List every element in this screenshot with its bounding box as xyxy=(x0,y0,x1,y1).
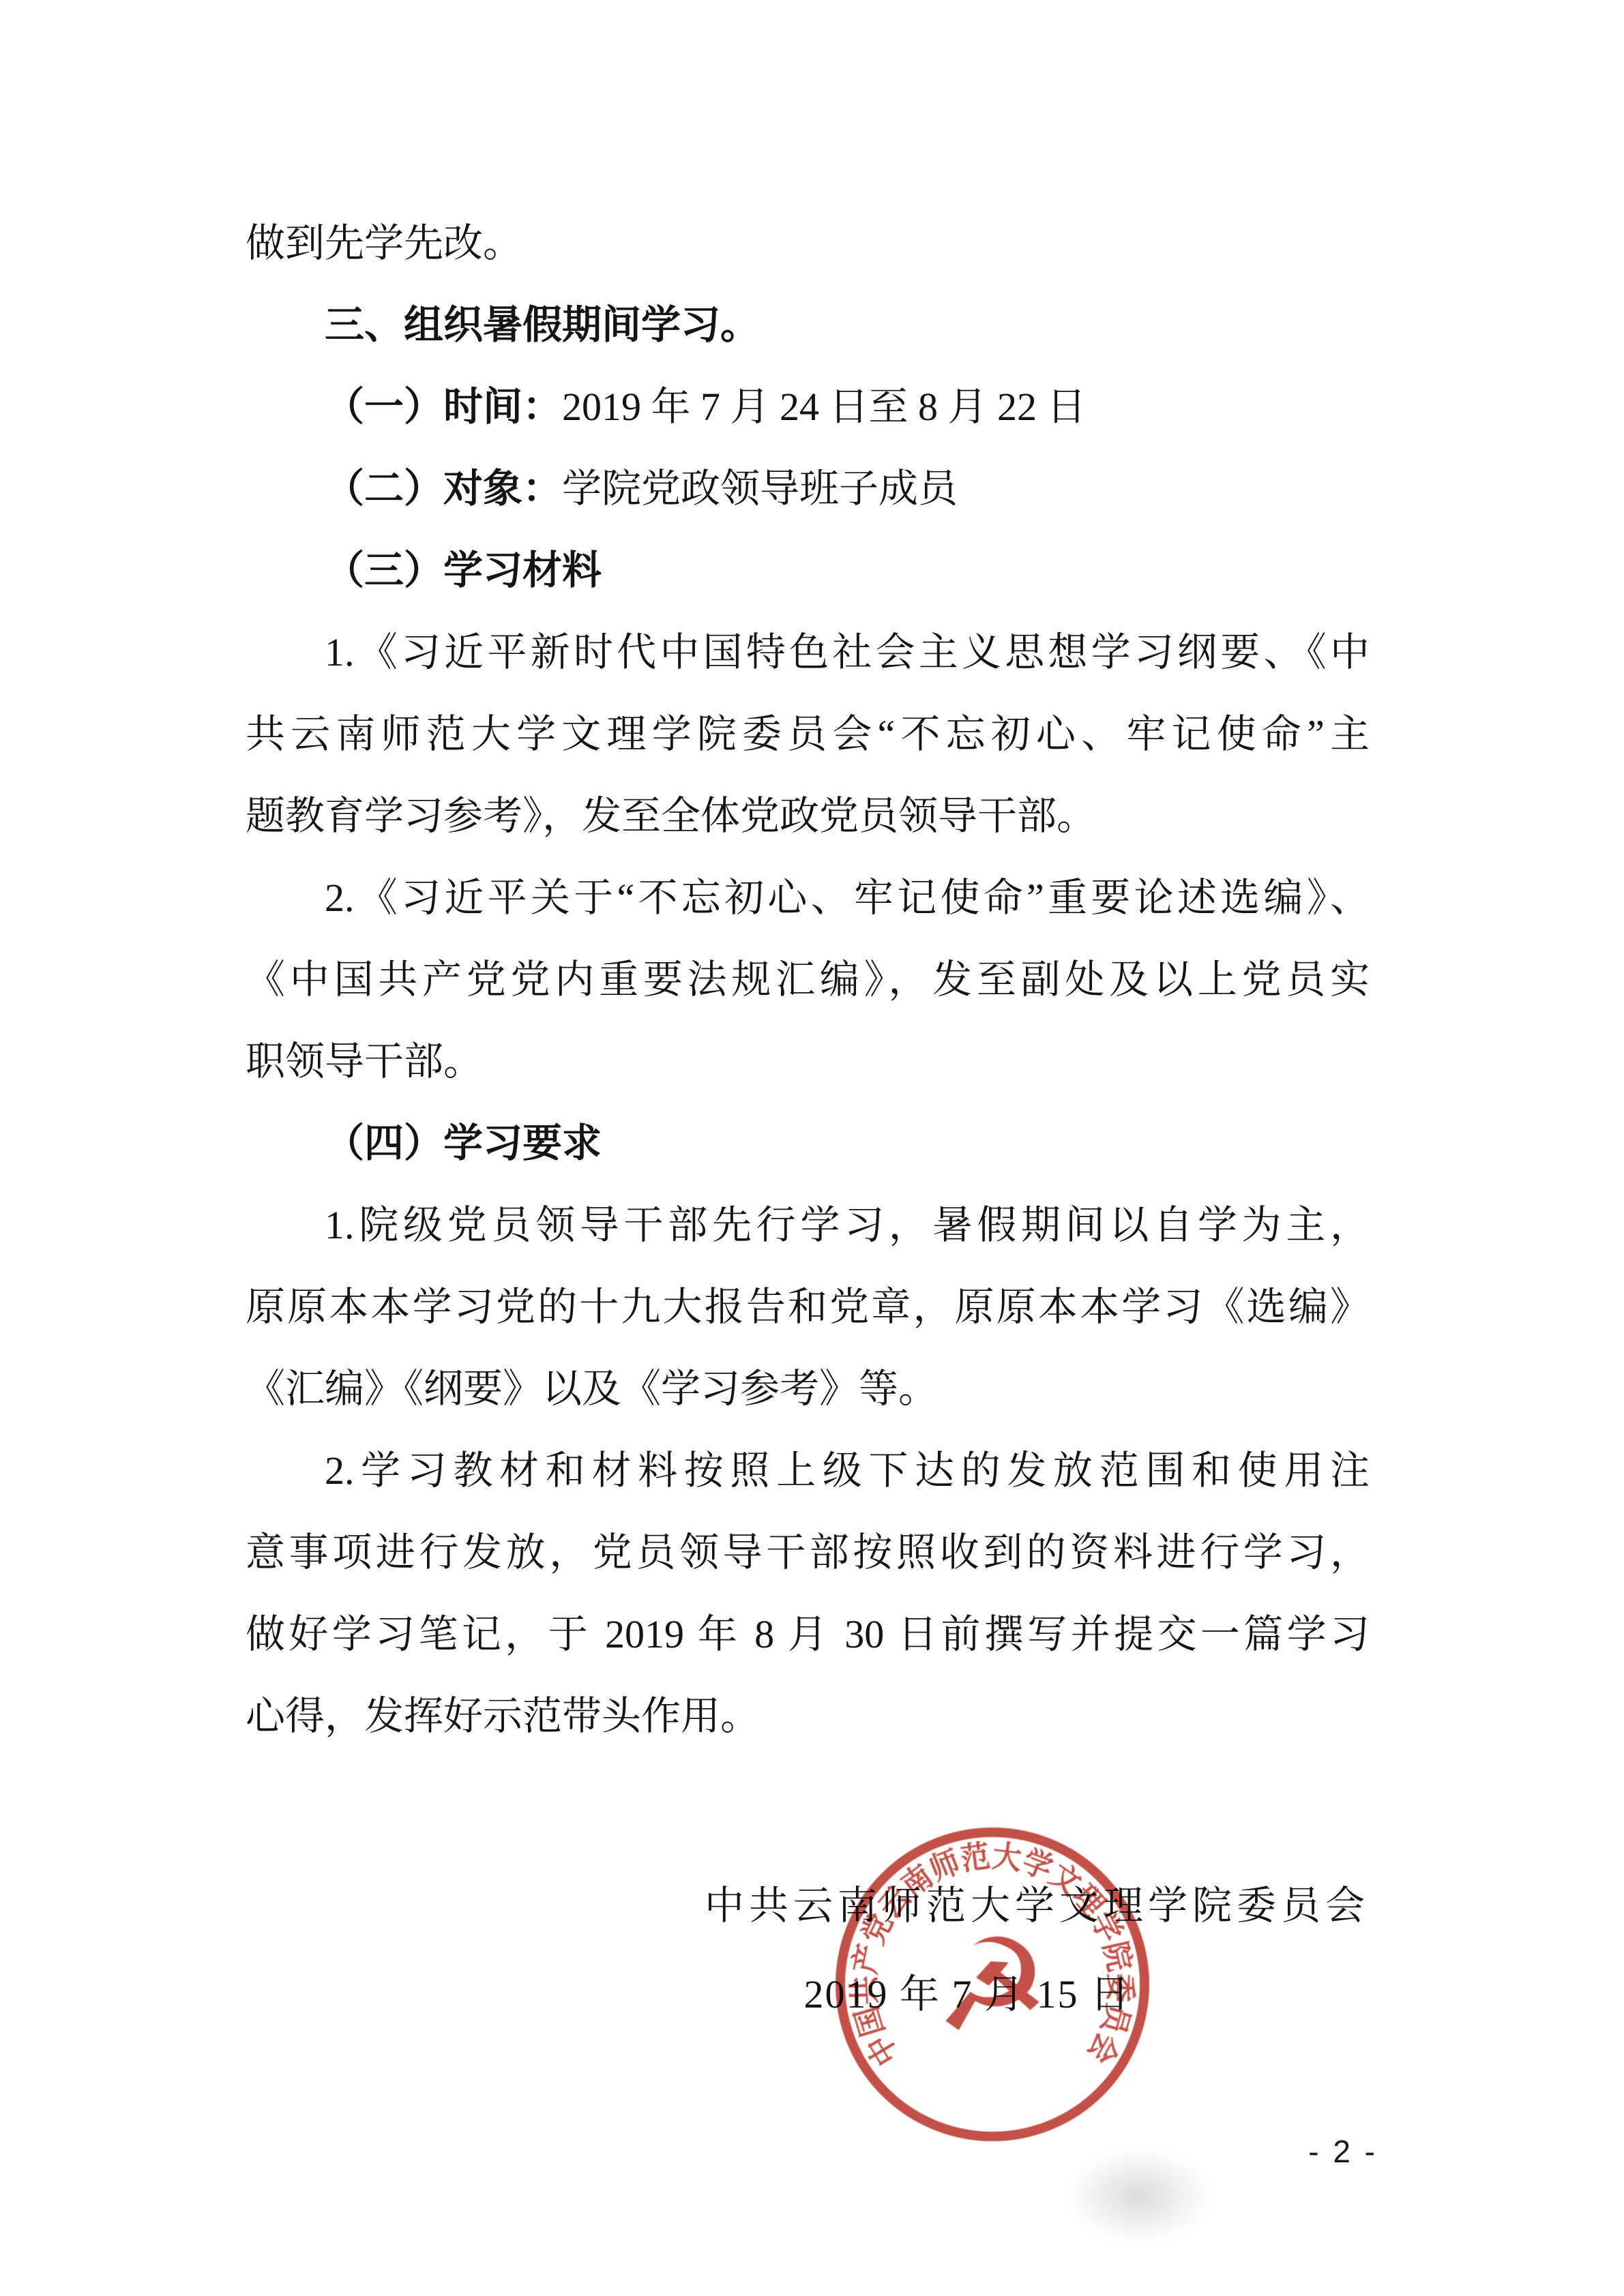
bold-text-segment: （二）对象： xyxy=(325,466,562,511)
text-segment: 2.学习教材和材料按照上级下达的发放范围和使用注 xyxy=(325,1448,1370,1493)
text-line: （二）对象：学院党政领导班子成员 xyxy=(246,448,1370,530)
date-line: 2019 年 7 月 15 日 xyxy=(246,1950,1370,2039)
text-line: 三、组织暑假期间学习。 xyxy=(246,284,1370,366)
text-segment: 2.《习近平关于“不忘初心、牢记使命”重要论述选编》、 xyxy=(325,876,1370,920)
bold-text-segment: （一）时间： xyxy=(325,385,562,429)
text-line: （三）学习材料 xyxy=(246,530,1370,612)
text-segment: 心得，发挥好示范带头作用。 xyxy=(246,1694,760,1738)
text-line: （一）时间：2019 年 7 月 24 日至 8 月 22 日 xyxy=(246,366,1370,448)
text-segment: 职领导干部。 xyxy=(246,1039,483,1084)
bold-text-segment: （四）学习要求 xyxy=(325,1121,602,1165)
text-line: 2.学习教材和材料按照上级下达的发放范围和使用注 xyxy=(246,1430,1370,1512)
bold-text-segment: （三）学习材料 xyxy=(325,548,602,593)
text-segment: 做好学习笔记，于 2019 年 8 月 30 日前撰写并提交一篇学习 xyxy=(246,1612,1370,1656)
text-line: 1.院级党员领导干部先行学习，暑假期间以自学为主， xyxy=(246,1184,1370,1266)
text-line: 原原本本学习党的十九大报告和党章，原原本本学习《选编》 xyxy=(246,1266,1370,1348)
signature-line: 中共云南师范大学文理学院委员会 xyxy=(246,1862,1370,1950)
text-segment: 共云南师范大学文理学院委员会“不忘初心、牢记使命”主 xyxy=(246,712,1370,756)
text-line: 2.《习近平关于“不忘初心、牢记使命”重要论述选编》、 xyxy=(246,857,1370,939)
text-line: 做好学习笔记，于 2019 年 8 月 30 日前撰写并提交一篇学习 xyxy=(246,1594,1370,1675)
text-line: （四）学习要求 xyxy=(246,1103,1370,1184)
text-segment: 原原本本学习党的十九大报告和党章，原原本本学习《选编》 xyxy=(246,1285,1370,1329)
text-line: 职领导干部。 xyxy=(246,1021,1370,1103)
text-segment: 1.院级党员领导干部先行学习，暑假期间以自学为主， xyxy=(325,1203,1370,1247)
text-line: 共云南师范大学文理学院委员会“不忘初心、牢记使命”主 xyxy=(246,694,1370,775)
text-line: 《中国共产党党内重要法规汇编》，发至副处及以上党员实 xyxy=(246,939,1370,1021)
text-segment: 学院党政领导班子成员 xyxy=(562,466,958,511)
ink-smudge xyxy=(1067,2148,1211,2243)
page-number: - 2 - xyxy=(1308,2133,1378,2170)
text-line: 心得，发挥好示范带头作用。 xyxy=(246,1675,1370,1757)
text-line: 意事项进行发放，党员领导干部按照收到的资料进行学习， xyxy=(246,1512,1370,1594)
text-segment: 题教育学习参考》，发至全体党政党员领导干部。 xyxy=(246,794,1096,838)
document-page: 做到先学先改。三、组织暑假期间学习。（一）时间：2019 年 7 月 24 日至… xyxy=(0,0,1624,2296)
text-line: 《汇编》《纲要》以及《学习参考》等。 xyxy=(246,1348,1370,1430)
text-segment: 2019 年 7 月 24 日至 8 月 22 日 xyxy=(562,385,1087,429)
text-line: 题教育学习参考》，发至全体党政党员领导干部。 xyxy=(246,775,1370,857)
signature-block: 中共云南师范大学文理学院委员会 2019 年 7 月 15 日 xyxy=(246,1862,1370,2039)
text-segment: 意事项进行发放，党员领导干部按照收到的资料进行学习， xyxy=(246,1530,1370,1575)
text-segment: 1.《习近平新时代中国特色社会主义思想学习纲要、《中 xyxy=(325,630,1370,674)
document-body: 做到先学先改。三、组织暑假期间学习。（一）时间：2019 年 7 月 24 日至… xyxy=(246,203,1370,1757)
text-line: 做到先学先改。 xyxy=(246,203,1370,284)
text-segment: 做到先学先改。 xyxy=(246,221,522,265)
text-segment: 《中国共产党党内重要法规汇编》，发至副处及以上党员实 xyxy=(246,957,1370,1002)
text-segment: 《汇编》《纲要》以及《学习参考》等。 xyxy=(246,1367,938,1411)
text-line: 1.《习近平新时代中国特色社会主义思想学习纲要、《中 xyxy=(246,612,1370,694)
bold-text-segment: 三、组织暑假期间学习。 xyxy=(325,303,760,347)
